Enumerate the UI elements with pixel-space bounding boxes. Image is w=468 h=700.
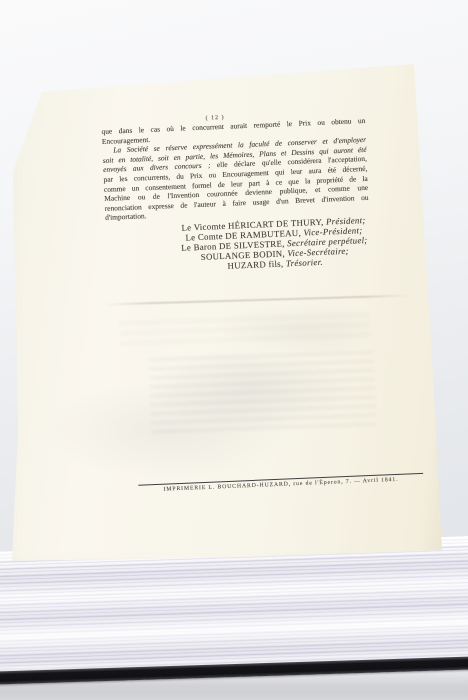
document-page: ( 12 ) que dans le cas où le concurrent … [0,0,468,575]
officer-role: Trésorier. [283,257,323,269]
photo-of-document: ( 12 ) que dans le cas où le concurrent … [0,0,468,700]
imprint-text: IMPRIMERIE L. BOUCHARD-HUZARD, rue de l'… [138,476,423,494]
body-line-roman: d'importation. [105,212,147,223]
officer-name: HUZARD fils, [227,258,283,270]
officer-signatures: Le Vicomte HÉRICART DE THURY, Président;… [105,215,371,276]
type-area: ( 12 ) que dans le cas où le concurrent … [101,108,381,495]
imprint: IMPRIMERIE L. BOUCHARD-HUZARD, rue de l'… [138,473,423,494]
